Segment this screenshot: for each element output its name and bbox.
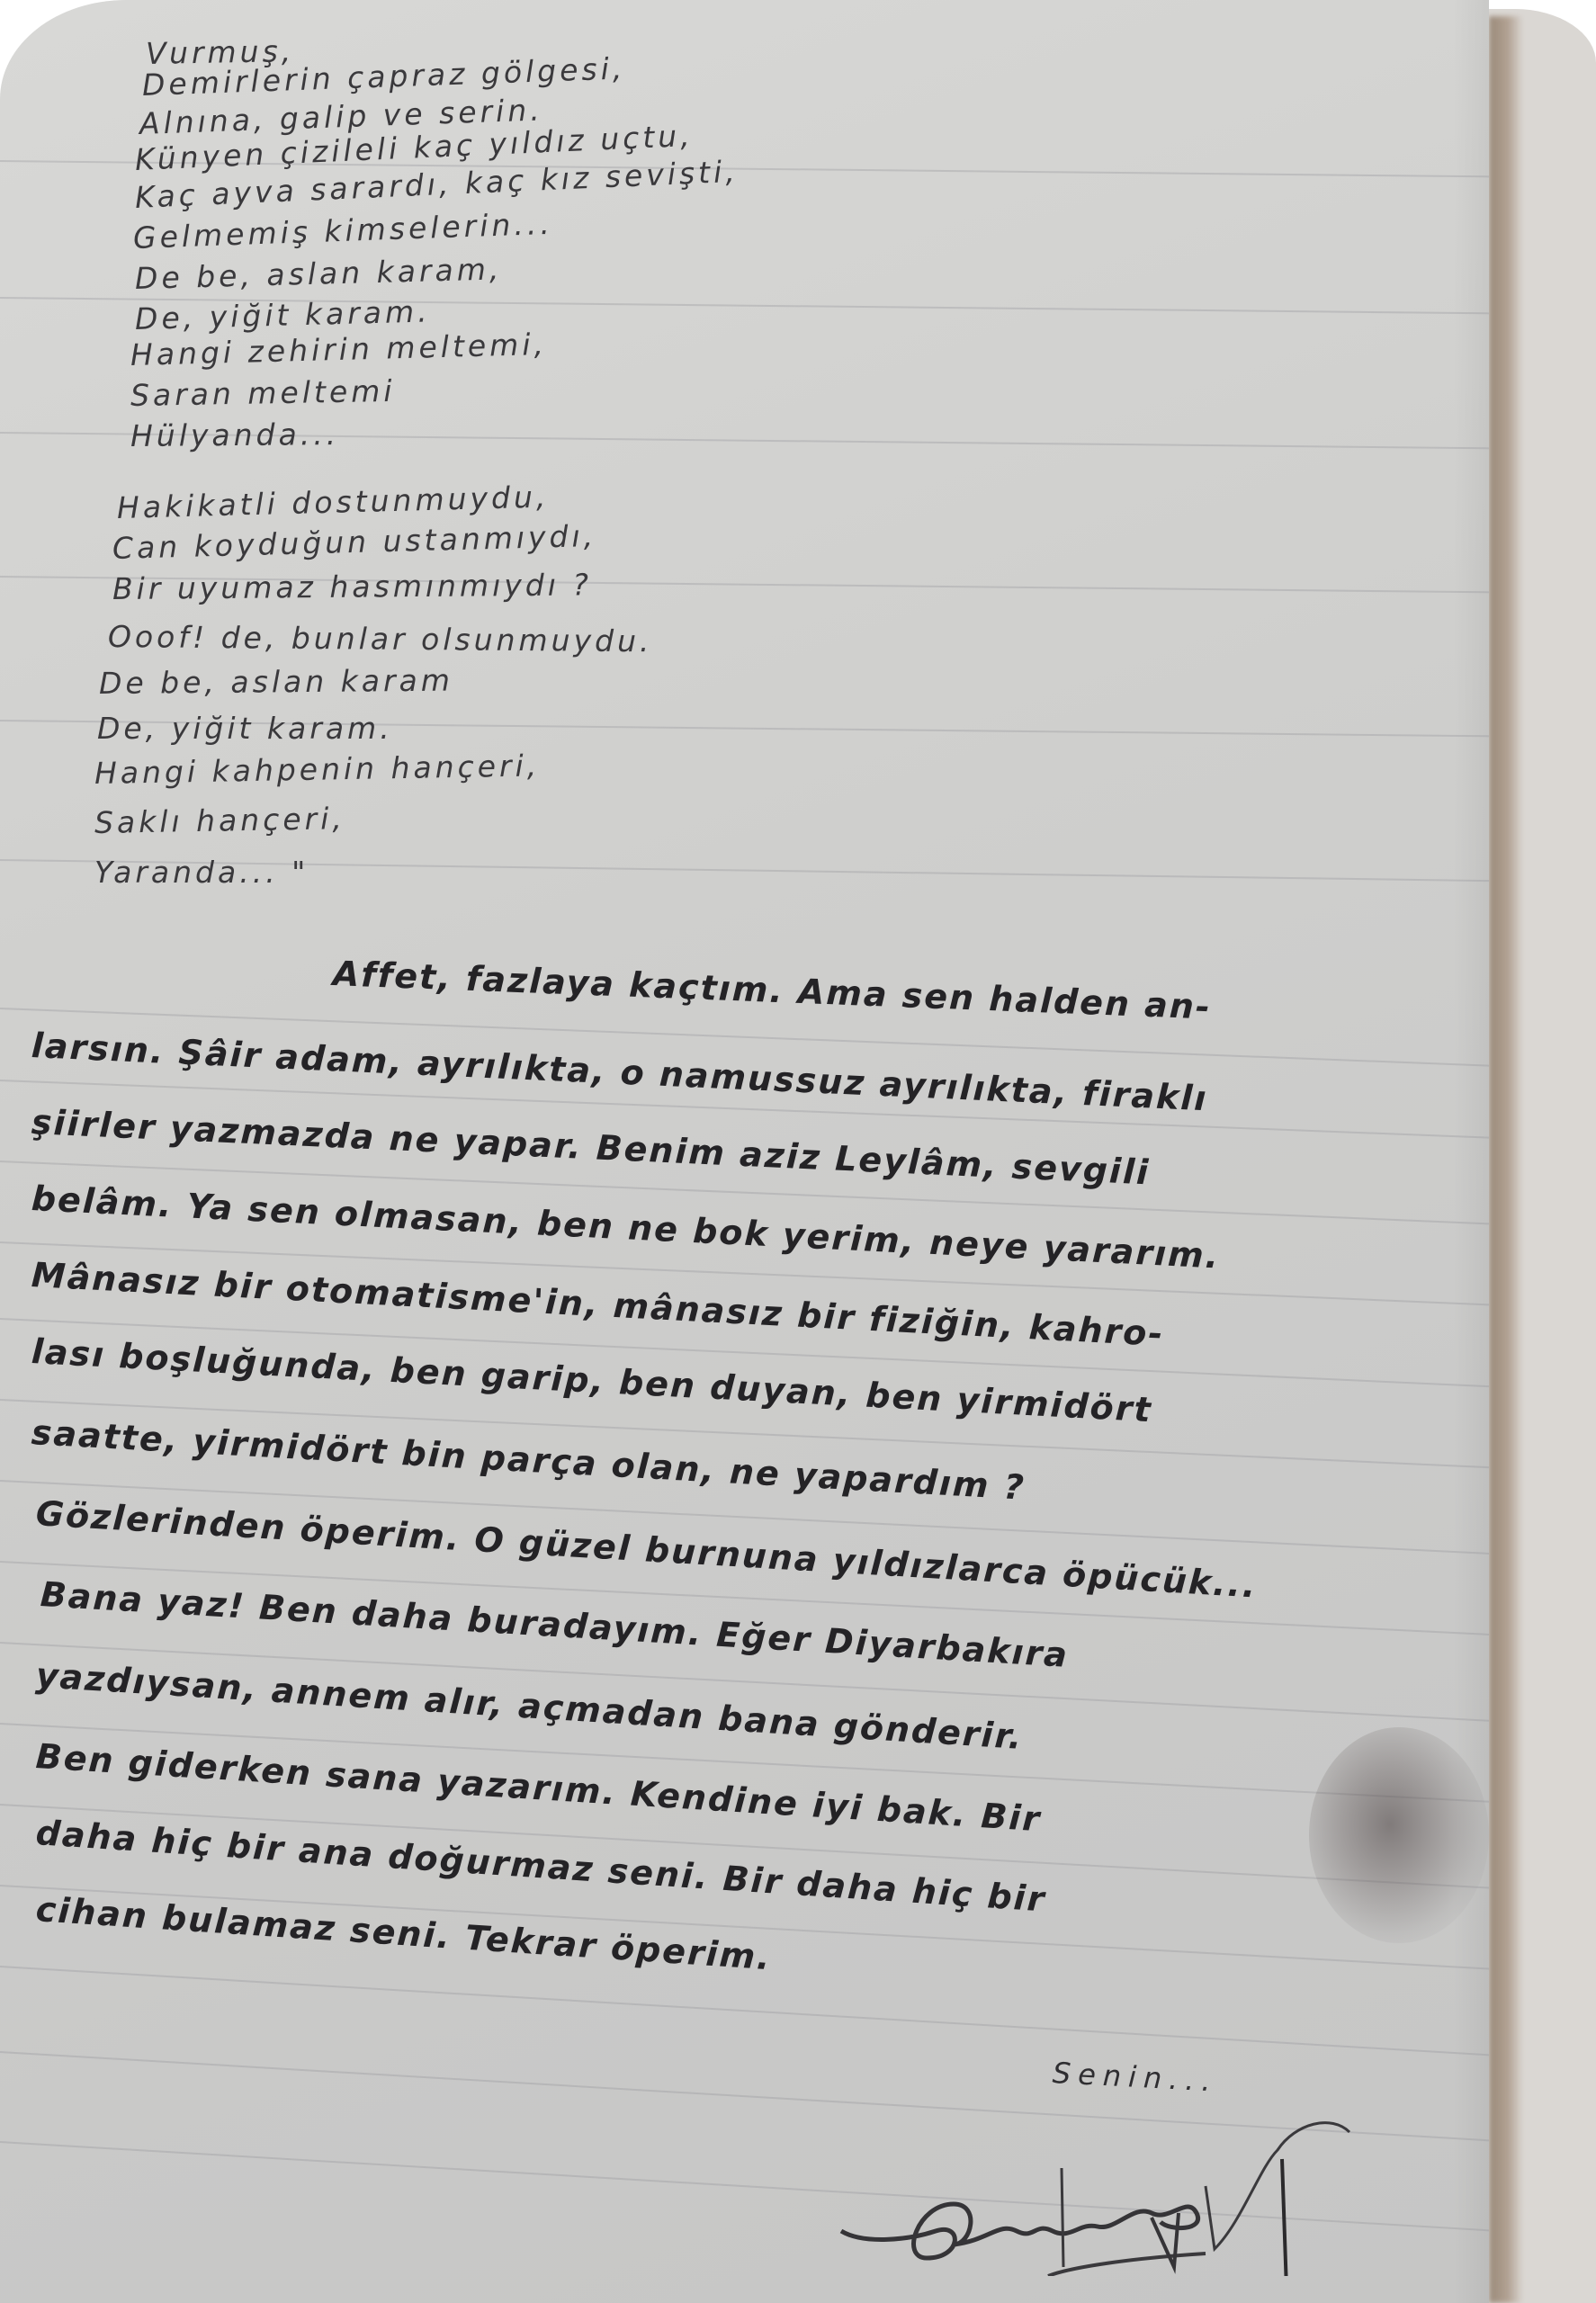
poem-line: Hakikatli dostunmuydu, xyxy=(116,479,549,525)
poem-line: Bir uyumaz hasmınmıydı ? xyxy=(112,567,592,606)
letter-line: Affet, fazlaya kaçtım. Ama sen halden an… xyxy=(332,954,1212,1026)
poem-line: Hangi kahpenin hançeri, xyxy=(94,748,541,791)
poem-line: Saran meltemi xyxy=(130,373,396,413)
poem-line: De be, aslan karam xyxy=(99,663,453,701)
letter-line: belâm. Ya sen olmasan, ben ne bok yerim,… xyxy=(31,1178,1221,1277)
poem-line: Gelmemiş kimselerin... xyxy=(132,206,553,255)
letter-line: Mânasız bir otomatisme'in, mânasız bir f… xyxy=(31,1255,1165,1354)
poem-line: Yaranda... " xyxy=(94,855,309,890)
poem-line: Hülyanda... xyxy=(130,417,340,453)
binding-shadow xyxy=(1489,16,1523,2303)
poem-line: De, yiğit karam. xyxy=(97,711,393,746)
poem-line: De be, aslan karam, xyxy=(134,251,502,296)
page-edge-shading xyxy=(1453,0,1489,2303)
poem-line: Ooof! de, bunlar olsunmuydu. xyxy=(108,619,653,659)
letter-line: şiirler yazmazda ne yapar. Benim aziz Le… xyxy=(31,1102,1151,1192)
poem-line: Saklı hançeri, xyxy=(94,801,345,840)
ruled-line xyxy=(0,1966,1489,2058)
letter-line: saatte, yirmidört bin parça olan, ne yap… xyxy=(31,1412,1027,1508)
ink-stain xyxy=(1309,1727,1489,1943)
poem-line: Can koyduğun ustanmıydı, xyxy=(112,518,596,566)
closing-text: Senin... xyxy=(1052,2056,1219,2099)
letter-line: cihan bulamaz seni. Tekrar öperim. xyxy=(35,1889,774,1977)
notebook-page: Vurmuş, Demirlerin çapraz gölgesi, Alnın… xyxy=(0,0,1489,2303)
signature-scribble xyxy=(828,2096,1403,2276)
